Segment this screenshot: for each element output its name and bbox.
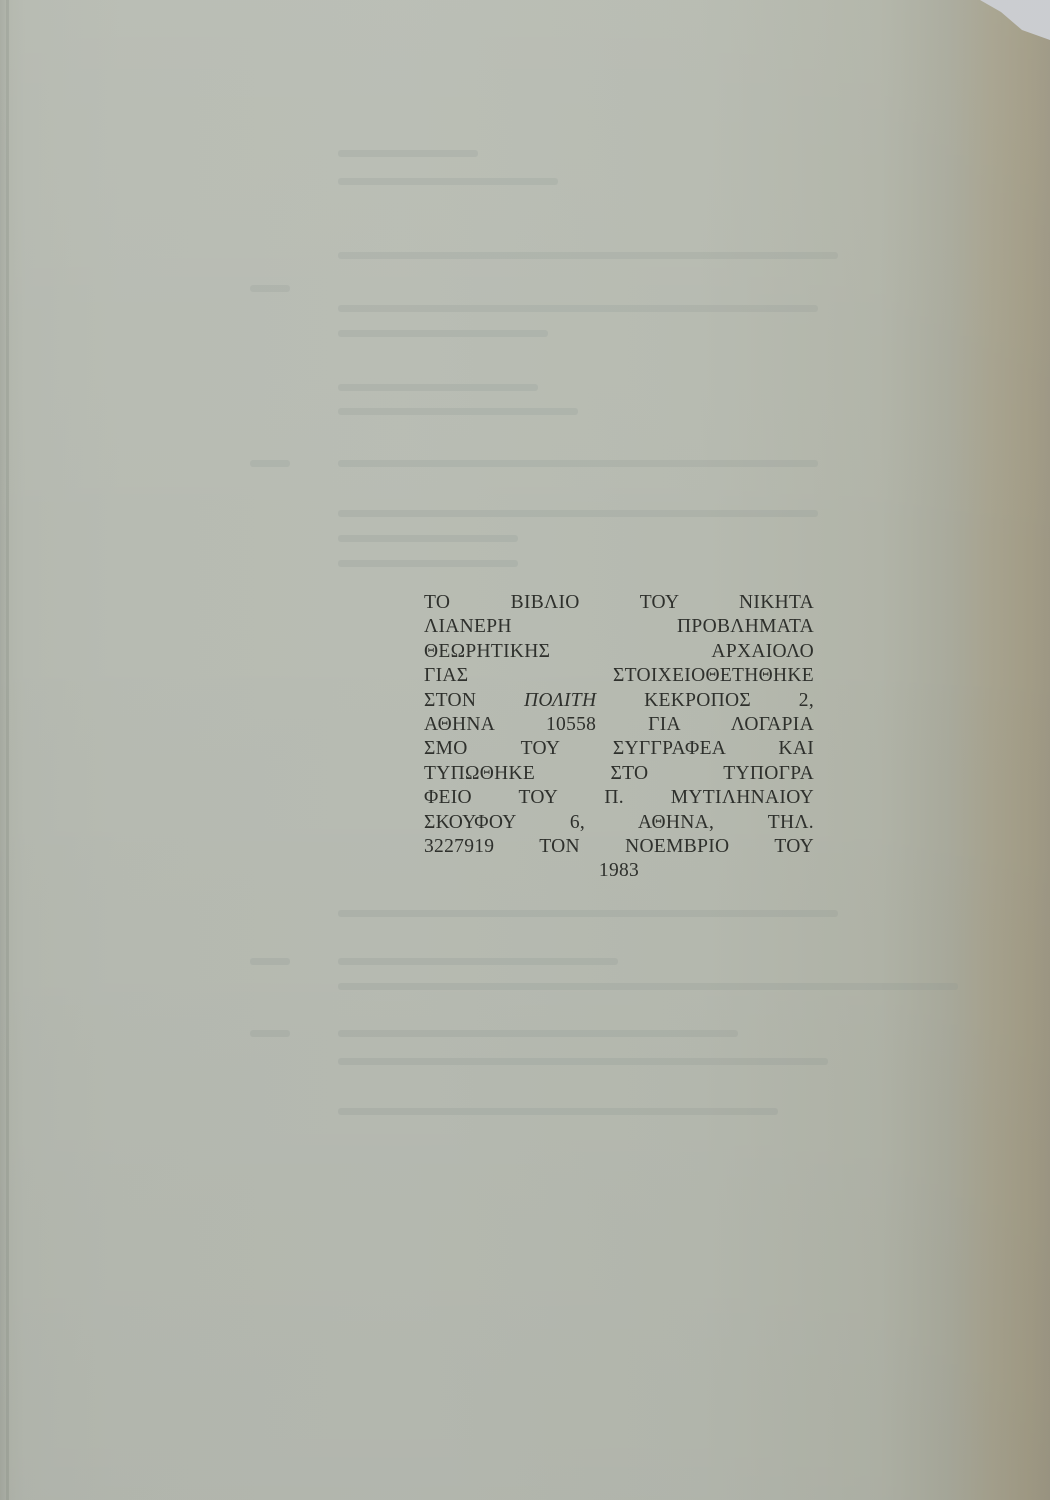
colophon-line-10: ΣΚΟΥΦΟΥ 6, ΑΘΗΝΑ, ΤΗΛ. [424,811,814,835]
show-through-line [338,510,818,517]
colophon-line-3: ΘΕΩΡΗΤΙΚΗΣ ΑΡΧΑΙΟΛΟ [424,640,814,664]
colophon-line-8: ΤΥΠΩΘΗΚΕ ΣΤΟ ΤΥΠΟΓΡΑ [424,762,814,786]
show-through-line [338,305,818,312]
colophon-line-5: ΣΤΟΝ ΠΟΛΙΤΗ ΚΕΚΡΟΠΟΣ 2, [424,689,814,713]
colophon-line-6: ΑΘΗΝΑ 10558 ΓΙΑ ΛΟΓΑΡΙΑ [424,713,814,737]
show-through-line [338,983,958,990]
show-through-line [338,1030,738,1037]
show-through-line [338,384,538,391]
colophon-line-1: ΤΟ ΒΙΒΛΙΟ ΤΟΥ ΝΙΚΗΤΑ [424,591,814,615]
typesetter-name-italic: ΠΟΛΙΤΗ [524,690,596,711]
show-through-line [338,460,818,467]
show-through-line [338,408,578,415]
colophon-text-block: ΤΟ ΒΙΒΛΙΟ ΤΟΥ ΝΙΚΗΤΑ ΛΙΑΝΕΡΗ ΠΡΟΒΛΗΜΑΤΑ … [424,591,814,884]
show-through-line [338,178,558,185]
colophon-line-4: ΓΙΑΣ ΣΤΟΙΧΕΙΟΘΕΤΗΘΗΚΕ [424,664,814,688]
show-through-line [338,958,618,965]
show-through-line [338,535,518,542]
show-through-line [338,252,838,259]
show-through-line [338,330,548,337]
colophon-line-5-post: ΚΕΚΡΟΠΟΣ 2, [596,690,814,711]
show-through-line [338,1058,828,1065]
colophon-line-7: ΣΜΟ ΤΟΥ ΣΥΓΓΡΑΦΕΑ ΚΑΙ [424,737,814,761]
show-through-line [338,1108,778,1115]
show-through-line [250,285,290,292]
colophon-line-11: 3227919 ΤΟΝ ΝΟΕΜΒΡΙΟ ΤΟΥ [424,835,814,859]
colophon-line-2: ΛΙΑΝΕΡΗ ΠΡΟΒΛΗΜΑΤΑ [424,615,814,639]
show-through-line [250,1030,290,1037]
show-through-line [250,958,290,965]
show-through-line [338,910,838,917]
show-through-line [338,560,518,567]
colophon-line-9: ΦΕΙΟ ΤΟΥ Π. ΜΥΤΙΛΗΝΑΙΟΥ [424,786,814,810]
show-through-line [250,460,290,467]
show-through-line [338,150,478,157]
colophon-year: 1983 [424,859,814,883]
colophon-line-5-pre: ΣΤΟΝ [424,690,524,711]
book-page: ΤΟ ΒΙΒΛΙΟ ΤΟΥ ΝΙΚΗΤΑ ΛΙΑΝΕΡΗ ΠΡΟΒΛΗΜΑΤΑ … [0,0,1050,1500]
